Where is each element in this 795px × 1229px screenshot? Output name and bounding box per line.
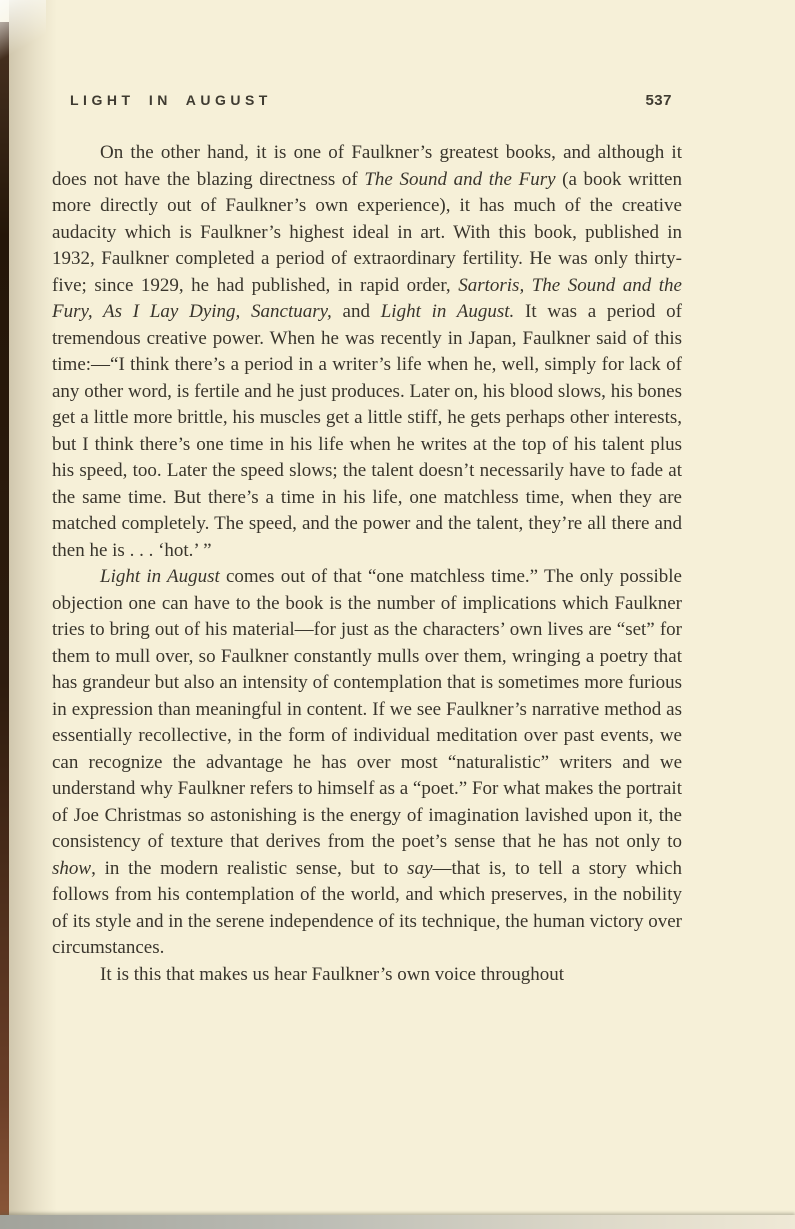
italic-text-run: The Sound and the Fury	[364, 169, 555, 190]
body-text: On the other hand, it is one of Faulkner…	[52, 140, 682, 988]
page-bottom-edge	[0, 1215, 795, 1229]
text-run: It was a period of tremendous creative p…	[52, 301, 682, 561]
page-content: LIGHT IN AUGUST 537 On the other hand, i…	[52, 92, 682, 988]
text-run: It is this that makes us hear Faulkner’s…	[100, 964, 564, 985]
text-run: and	[332, 301, 381, 322]
italic-text-run: Light in August.	[381, 301, 515, 322]
book-page-scan: LIGHT IN AUGUST 537 On the other hand, i…	[0, 0, 795, 1229]
text-run: , in the modern realistic sense, but to	[91, 858, 407, 879]
book-binding-edge	[0, 22, 9, 1219]
italic-text-run: show	[52, 858, 91, 879]
italic-text-run: say	[407, 858, 432, 879]
gutter-shadow	[9, 0, 57, 1229]
italic-text-run: Light in August	[100, 566, 220, 587]
paragraph: Light in August comes out of that “one m…	[52, 564, 682, 962]
paragraph: It is this that makes us hear Faulkner’s…	[52, 962, 682, 989]
page-number: 537	[645, 92, 672, 109]
running-head: LIGHT IN AUGUST 537	[52, 92, 682, 109]
paragraph: On the other hand, it is one of Faulkner…	[52, 140, 682, 564]
text-run: comes out of that “one matchless time.” …	[52, 566, 682, 852]
page-corner-highlight	[0, 0, 46, 60]
running-head-title: LIGHT IN AUGUST	[70, 92, 272, 108]
